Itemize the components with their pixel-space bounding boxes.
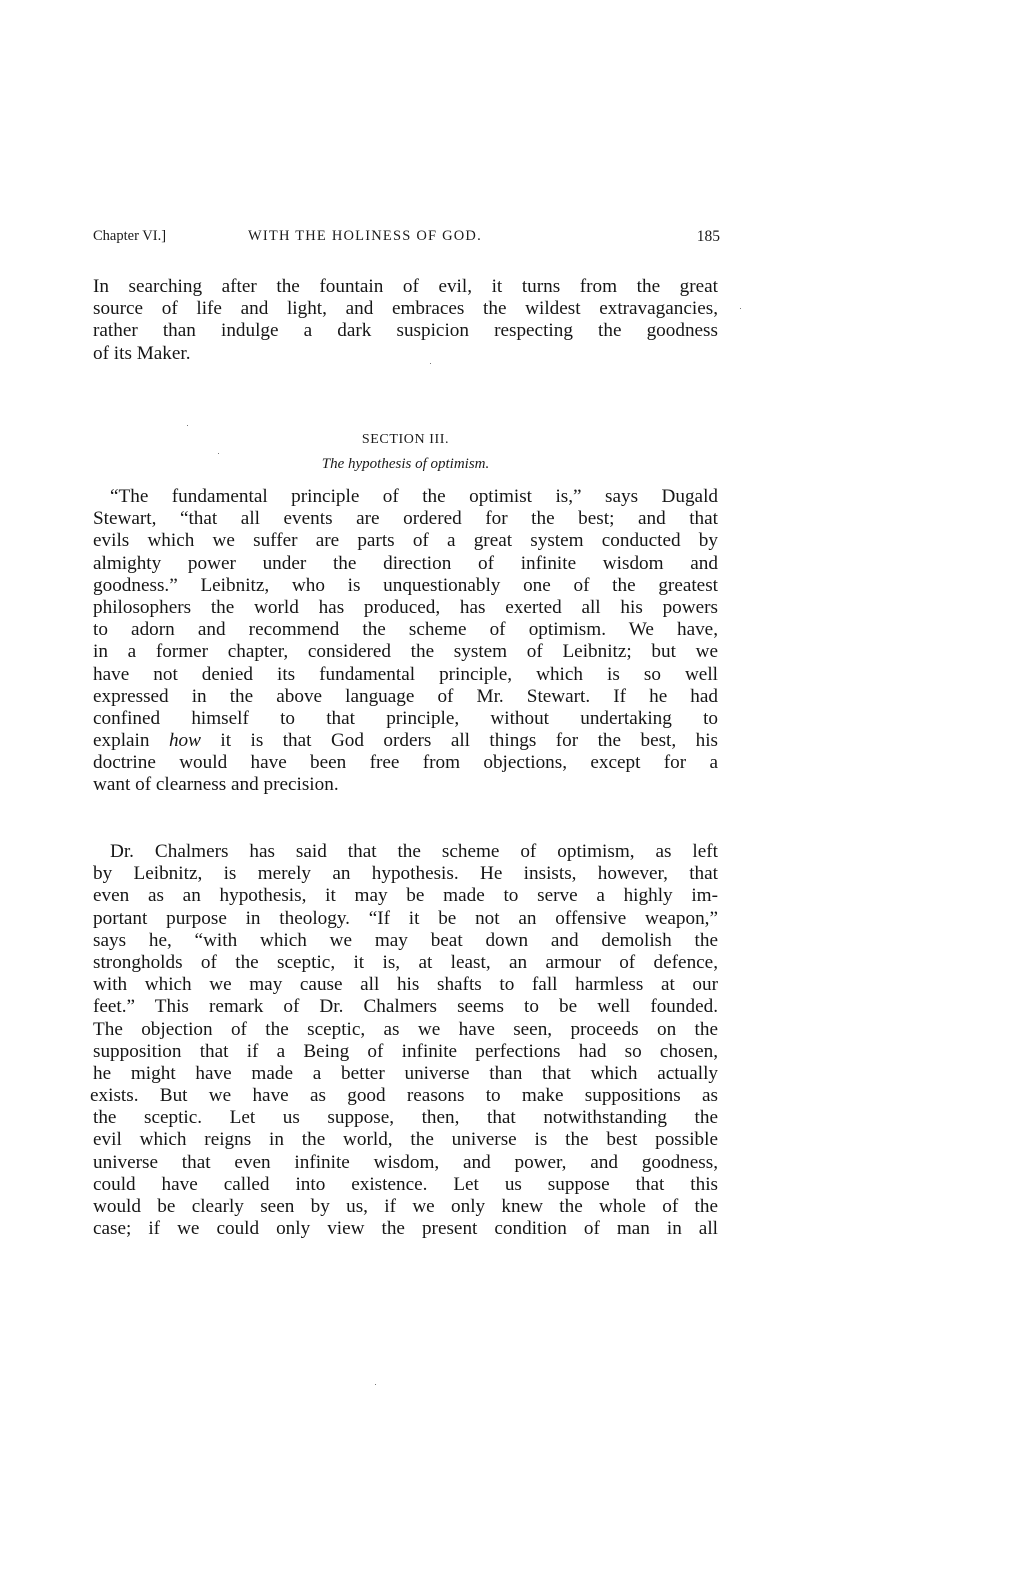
opening-paragraph: In searching after the fountain of evil,… [93, 276, 718, 365]
page-number: 185 [697, 228, 720, 246]
scan-speck [430, 363, 431, 364]
text-line: of its Maker. [93, 343, 718, 365]
text-line: rather than indulge a dark suspicion res… [93, 320, 718, 342]
text-line: evils which we suffer are parts of a gre… [93, 530, 718, 552]
text-segment: it is that God orders all things for the… [220, 730, 718, 751]
text-line-with-emphasis: explain how it is that God orders all th… [93, 730, 718, 752]
section-heading: SECTION III. [93, 432, 718, 448]
text-line: strongholds of the sceptic, it is, at le… [93, 952, 718, 974]
text-line: goodness.” Leibnitz, who is unquestionab… [93, 575, 718, 597]
text-line: Dr. Chalmers has said that the scheme of… [93, 841, 718, 863]
book-page: Chapter VI.] WITH THE HOLINESS OF GOD. 1… [0, 0, 1011, 1580]
text-line: he might have made a better universe tha… [93, 1063, 718, 1085]
text-line: could have called into existence. Let us… [93, 1174, 718, 1196]
chapter-label: Chapter VI.] [93, 228, 166, 245]
section-subtitle: The hypothesis of optimism. [93, 456, 718, 473]
text-line: evil which reigns in the world, the univ… [93, 1129, 718, 1151]
emphasis-how: how [169, 730, 201, 751]
text-line: Stewart, “that all events are ordered fo… [93, 508, 718, 530]
text-line: have not denied its fundamental principl… [93, 664, 718, 686]
scan-speck [218, 453, 219, 454]
text-line: by Leibnitz, is merely an hypothesis. He… [93, 863, 718, 885]
running-header: Chapter VI.] WITH THE HOLINESS OF GOD. 1… [93, 228, 720, 250]
text-line: to adorn and recommend the scheme of opt… [93, 619, 718, 641]
text-line: philosophers the world has produced, has… [93, 597, 718, 619]
text-line: almighty power under the direction of in… [93, 553, 718, 575]
text-line: “The fundamental principle of the optimi… [93, 486, 718, 508]
text-line: in a former chapter, considered the syst… [93, 641, 718, 663]
text-line: even as an hypothesis, it may be made to… [93, 885, 718, 907]
running-title: WITH THE HOLINESS OF GOD. [248, 228, 482, 245]
text-line: confined himself to that principle, with… [93, 708, 718, 730]
scan-speck [187, 425, 188, 426]
text-line: doctrine would have been free from objec… [93, 752, 718, 774]
text-line: universe that even infinite wisdom, and … [93, 1152, 718, 1174]
scan-speck [740, 308, 741, 309]
text-line: the sceptic. Let us suppose, then, that … [93, 1107, 718, 1129]
text-line: expressed in the above language of Mr. S… [93, 686, 718, 708]
text-line: with which we may cause all his shafts t… [93, 974, 718, 996]
scan-speck [375, 1384, 376, 1385]
text-line: says he, “with which we may beat down an… [93, 930, 718, 952]
text-line: would be clearly seen by us, if we only … [93, 1196, 718, 1218]
text-line: In searching after the fountain of evil,… [93, 276, 718, 298]
text-line: feet.” This remark of Dr. Chalmers seems… [93, 996, 718, 1018]
text-line: case; if we could only view the present … [93, 1218, 718, 1240]
text-segment: explain [93, 730, 149, 751]
paragraph-chalmers: Dr. Chalmers has said that the scheme of… [93, 841, 718, 1240]
text-line: want of clearness and precision. [93, 774, 718, 796]
text-line: portant purpose in theology. “If it be n… [93, 908, 718, 930]
text-line: The objection of the sceptic, as we have… [93, 1019, 718, 1041]
text-line: source of life and light, and embraces t… [93, 298, 718, 320]
text-line: exists. But we have as good reasons to m… [90, 1085, 718, 1107]
paragraph-optimist-principle: “The fundamental principle of the optimi… [93, 486, 718, 797]
text-line: supposition that if a Being of infinite … [93, 1041, 718, 1063]
